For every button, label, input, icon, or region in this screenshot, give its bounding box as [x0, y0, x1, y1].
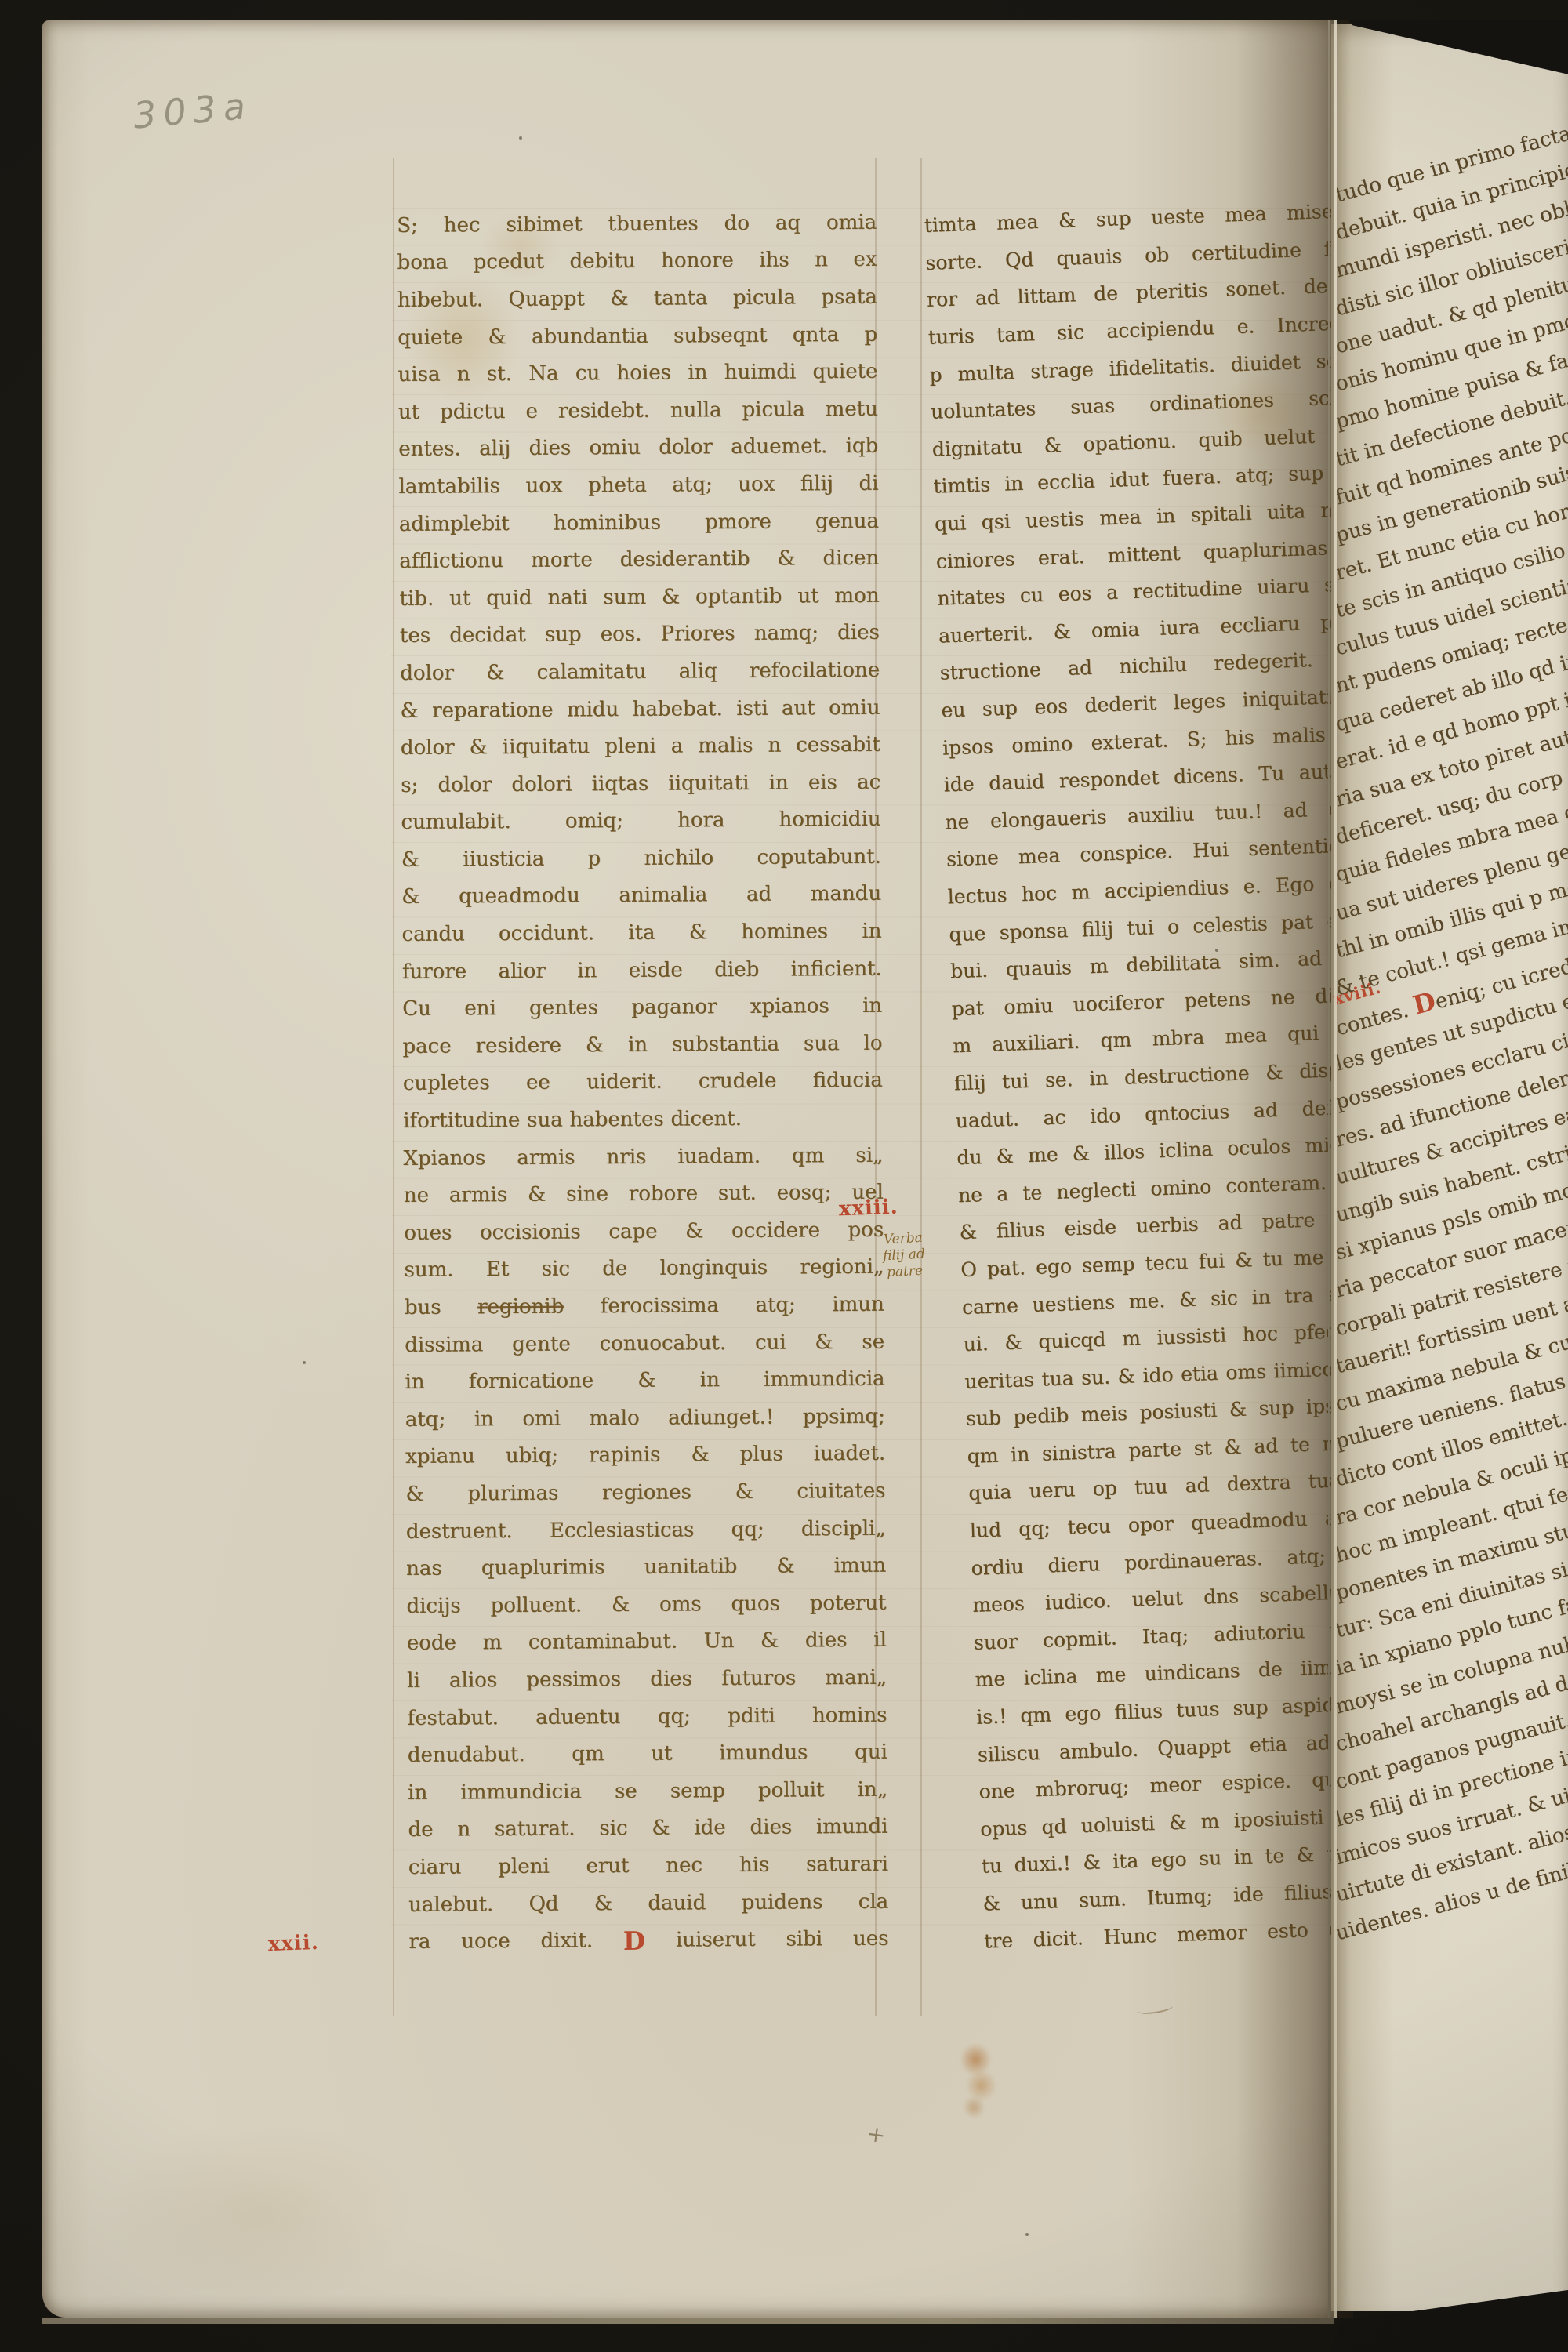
text-line: denudabut.qmutimundusqui [408, 1733, 887, 1774]
text-line: atq;inomimaloadiunget.!ppsimq; [405, 1398, 885, 1439]
text-line: Xpianosarmisnrisiuadam.qmsi„ [403, 1137, 883, 1178]
text-line: afflictionumortedesiderantib&dicen [399, 539, 879, 580]
stain [105, 2122, 419, 2302]
left-page: 303a + S;hecsibimettbuentesdoaqomiabonap… [42, 20, 1334, 2318]
text-line: Cuenigentespaganorxpianosin [402, 987, 882, 1028]
text-line: entes.alijdiesomiudoloraduemet.iqb [398, 427, 878, 468]
margin-gloss: Verba filij ad patre [856, 1229, 951, 1283]
text-line: bonapcedutdebituhonoreihsnex [397, 241, 877, 281]
text-line: eodemcontaminabut.Un&diesil [407, 1621, 887, 1662]
text-line: dolor&calamitatualiqrefocilatione [400, 652, 880, 692]
speck [303, 1361, 306, 1364]
text-line: uisanst.Nacuhoiesinhuimdiquiete [397, 353, 877, 394]
vertical-ruling-line [920, 158, 922, 2016]
text-line: nearmis&sineroboresut.eosq;uel [404, 1174, 884, 1214]
text-line: tib.utquidnatisum&optantibutmon [399, 577, 879, 618]
text-line: utpdictueresidebt.nullapiculametu [398, 390, 878, 431]
text-line: cupleteseeuiderit.crudelefiducia [403, 1062, 883, 1102]
facing-page-text: tudo que in primo facta & arescedebuit. … [1336, 177, 1568, 1953]
text-line: ifortitudinesuahabentesdicent. [403, 1099, 883, 1140]
text-line: furorealiorineisdediebinficient. [402, 950, 882, 991]
text-line: festabut.aduentuqq;pditihomins [407, 1696, 887, 1737]
text-line: &queadmoduanimaliaadmandu [401, 875, 881, 916]
text-line: &plurimasregiones&ciuitates [405, 1472, 885, 1513]
text-line: rauocedixit.Diuiserutsibiues [408, 1920, 888, 1961]
pencil-foliation: 303a [132, 84, 254, 136]
text-line: ualebut.Qd&dauidpuidenscla [408, 1882, 888, 1923]
text-column-left: S;hecsibimettbuentesdoaqomiabonapcedutde… [397, 204, 889, 1961]
text-line: canduoccidunt.ita&hominesin [401, 913, 881, 953]
text-line: dissimagenteconuocabut.cui&se [405, 1323, 884, 1364]
text-line: destruent.Ecclesiasticasqq;discipli„ [406, 1509, 886, 1550]
text-line: lamtabilisuoxphetaatq;uoxfilijdi [398, 465, 878, 506]
text-line: xpianuubiq;rapinis&plusiuadet. [405, 1435, 885, 1475]
text-line: quiete&abundantiasubseqntqntap [397, 316, 877, 357]
text-line: busregionibferocissimaatq;imun [405, 1286, 884, 1327]
chapter-numeral-xxii: xxii. [267, 1931, 319, 1956]
speck [519, 136, 522, 140]
text-line: paceresidere&insubstantiasualo [402, 1025, 882, 1065]
text-line: sum.Etsicdelonginquisregioni„ [404, 1248, 884, 1289]
text-line: dolor&iiquitatupleniamalisncessabit [401, 726, 880, 767]
pen-trial-mark [1136, 2002, 1173, 2016]
chapter-numeral-xxiii: xxiii. [838, 1196, 898, 1221]
facing-page: tudo que in primo facta & arescedebuit. … [1331, 24, 1568, 2311]
text-line: &reparationemiduhabebat.istiautomiu [400, 688, 880, 729]
speck [1025, 2233, 1029, 2236]
text-line: S;hecsibimettbuentesdoaqomia [397, 204, 877, 245]
text-line: infornicatione&inimmundicia [405, 1360, 884, 1401]
text-line: dicijspolluent.&omsquospoterut [406, 1584, 886, 1625]
text-line: cumulabit.omiq;horahomicidiu [401, 800, 880, 841]
manuscript-photo: 303a + S;hecsibimettbuentesdoaqomiabonap… [0, 0, 1568, 2352]
rust-stain [950, 2040, 1007, 2118]
text-line: ouesoccisioniscape&occiderepos [404, 1211, 884, 1252]
text-line: ciaruplenierutnechissaturari [408, 1846, 888, 1886]
cross-pen-mark: + [866, 2121, 887, 2149]
text-line: &iiusticiapnichilocoputabunt. [401, 838, 881, 879]
text-line: densaturat.sic&idediesimundi [408, 1808, 887, 1849]
text-line: lialiospessimosdiesfuturosmani„ [407, 1659, 887, 1700]
vertical-ruling-line [393, 158, 394, 2016]
text-line: tesdecidatsupeos.Prioresnamq;dies [400, 614, 880, 655]
text-line: nasquaplurimisuanitatib&imun [406, 1547, 886, 1588]
text-line: inimmundiciasesemppolluitin„ [408, 1771, 887, 1812]
text-line: s;dolordoloriiiqtasiiquitatiineisac [401, 764, 880, 804]
text-line: adimplebithominibuspmoregenua [399, 502, 879, 543]
text-line: hibebut.Quappt&tantapiculapsata [397, 278, 877, 319]
